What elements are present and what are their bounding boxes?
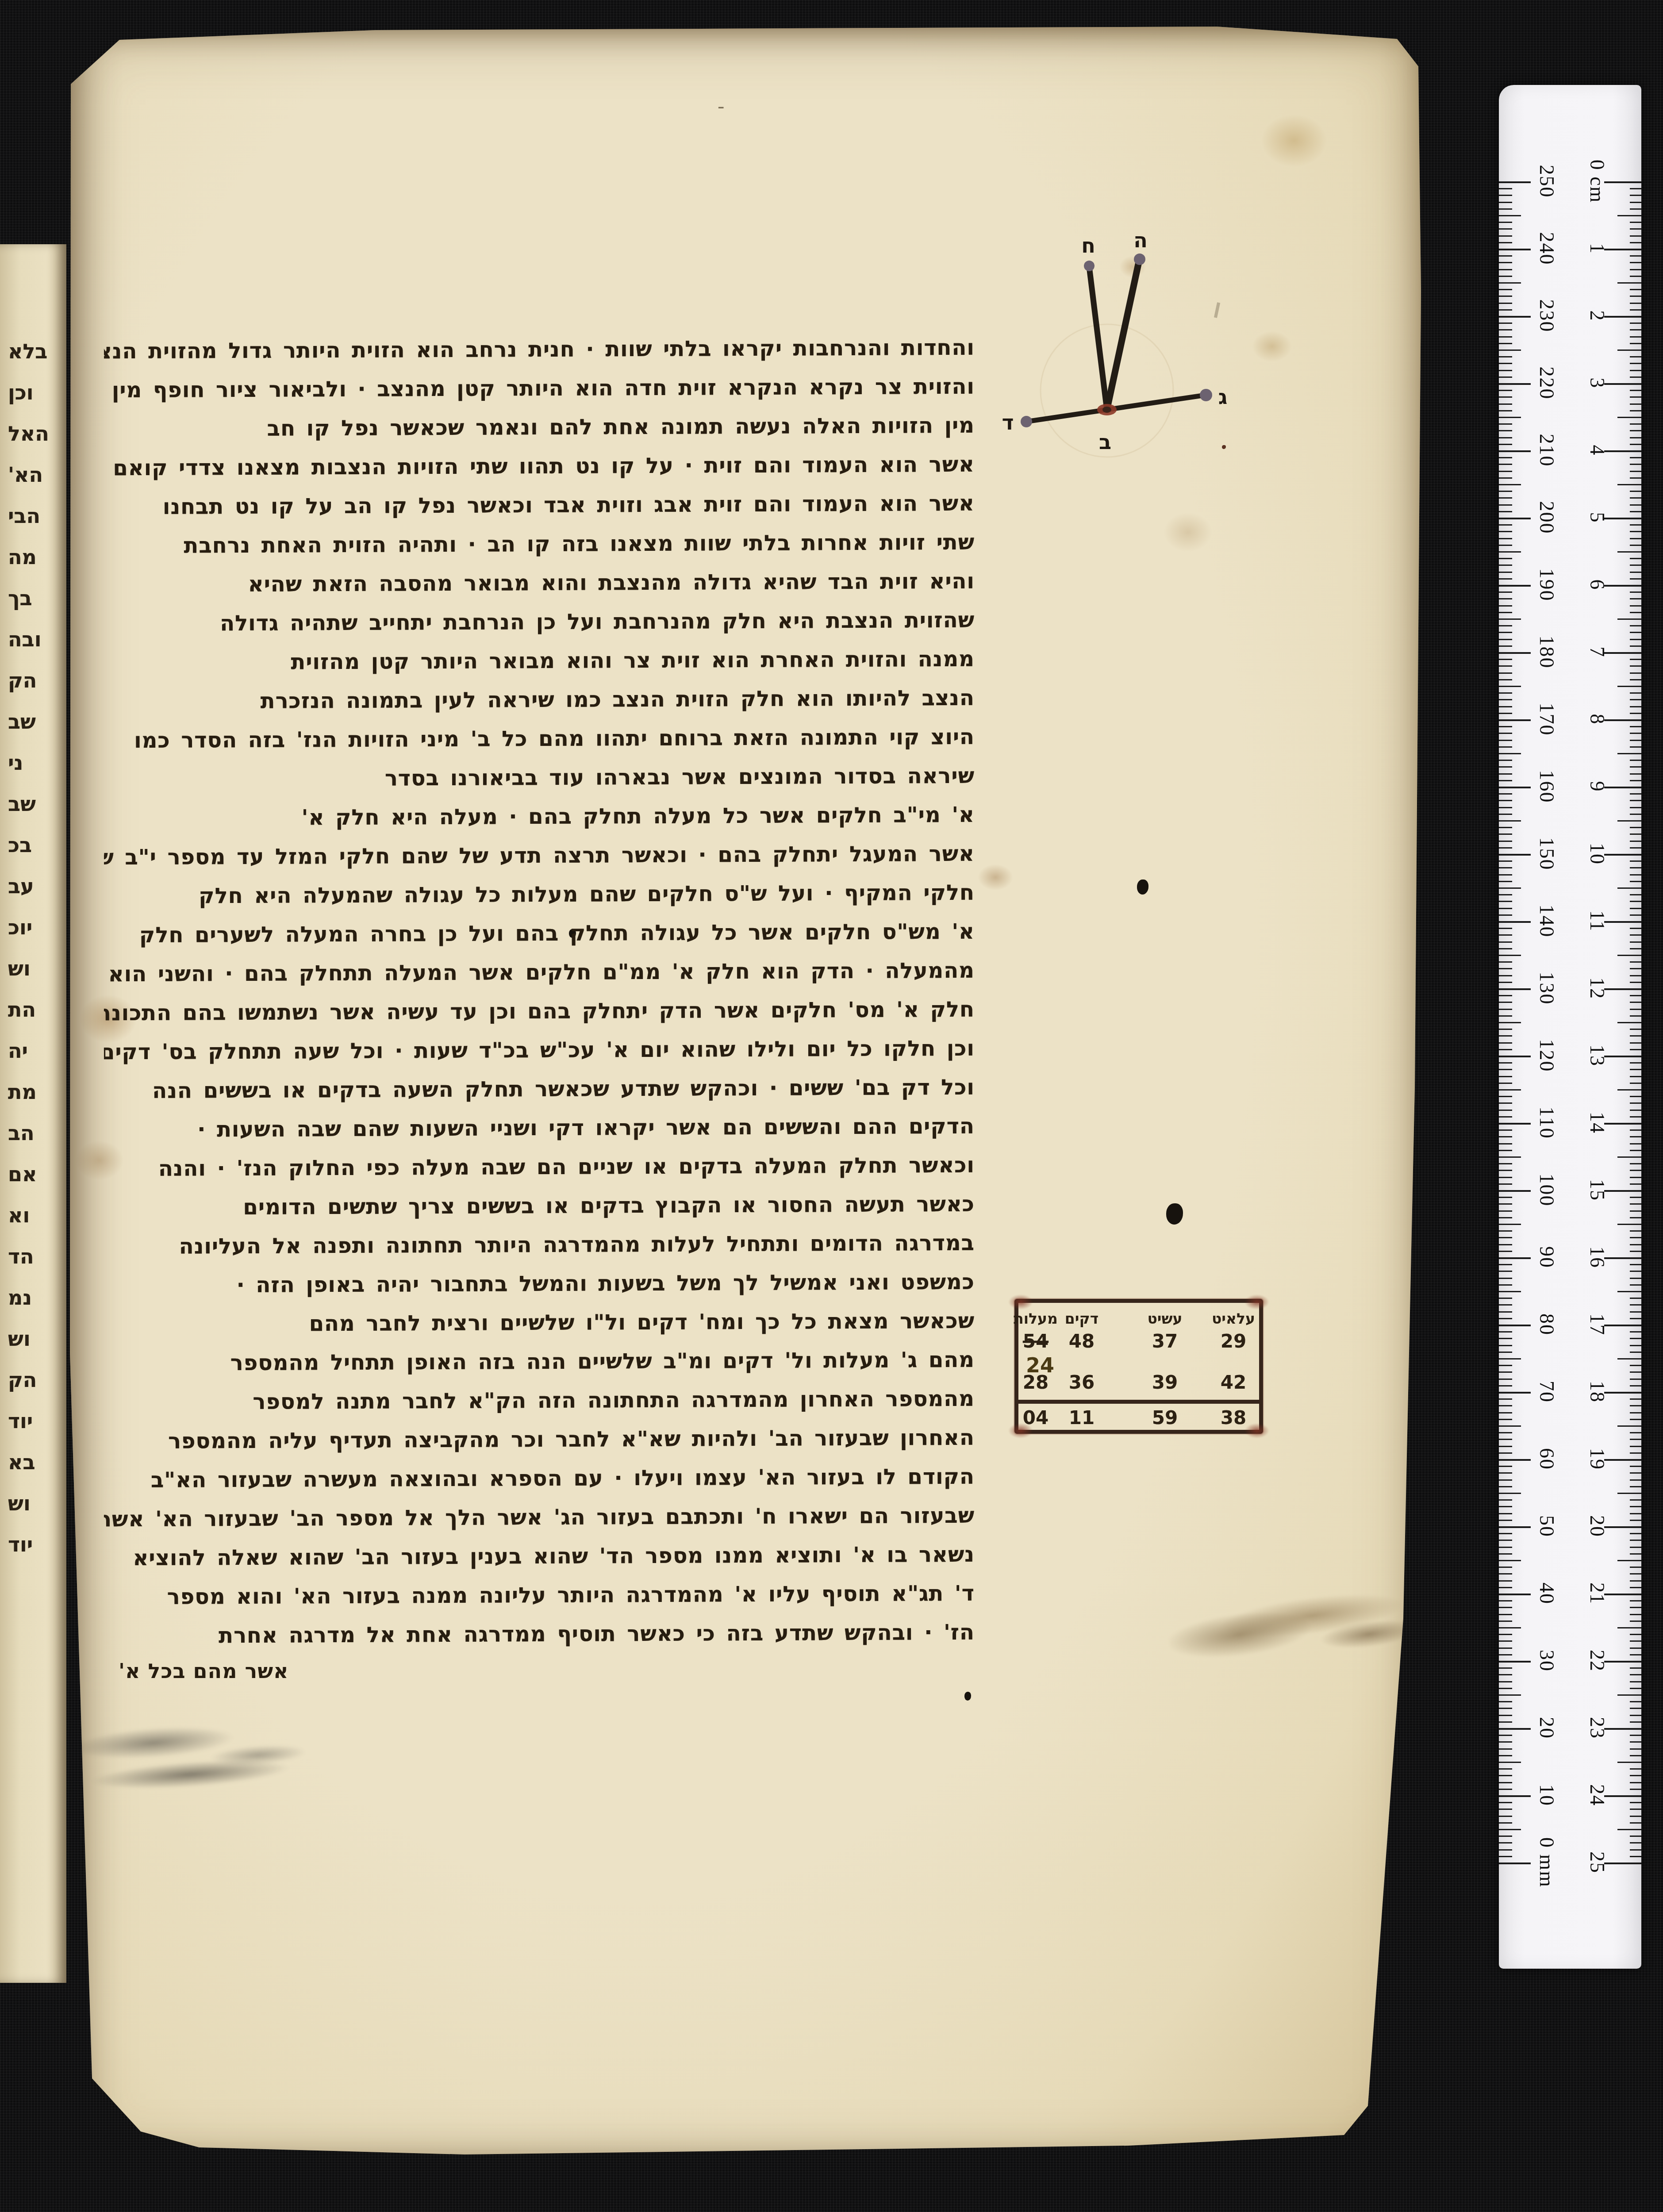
ruler-tick-cm (1630, 296, 1641, 297)
ruler-tick-mm (1499, 713, 1512, 714)
table-cell: 38 (1221, 1407, 1246, 1429)
ruler-tick-mm (1499, 632, 1512, 633)
ruler-tick-cm (1630, 1614, 1641, 1615)
ruler-tick-mm (1499, 928, 1512, 929)
ruler-tick-cm (1617, 349, 1641, 351)
ruler-tick-cm (1630, 1513, 1641, 1514)
text-line: אשר הוא העמוד והם זוית אבג וזוית אבד וכא… (104, 490, 975, 525)
measuring-ruler: 2502402302202102001901801701601501401301… (1499, 85, 1641, 1969)
ruler-tick-cm (1617, 1291, 1641, 1292)
ruler-cm-label: 23 (1586, 1717, 1609, 1739)
ruler-mm-label: 90 (1535, 1246, 1559, 1268)
ruler-tick-cm (1630, 1298, 1641, 1299)
ruler-tick-cm (1630, 1102, 1641, 1104)
ruler-tick-cm (1630, 1499, 1641, 1501)
ruler-tick-mm (1499, 437, 1512, 438)
ruler-tick-mm (1499, 484, 1521, 485)
ruler-tick-mm (1499, 908, 1512, 909)
ruler-cm-label: 0 cm (1586, 160, 1609, 204)
ruler-tick-cm (1630, 1634, 1641, 1635)
ruler-mm-label: 240 (1535, 232, 1559, 265)
ruler-cm-label: 2 (1586, 311, 1609, 322)
ruler-tick-cm (1630, 1640, 1641, 1642)
table-cell: מעלות (1014, 1310, 1058, 1327)
ruler-tick-mm (1499, 208, 1512, 210)
ruler-tick-cm (1630, 1782, 1641, 1783)
ruler-mm-label: 150 (1535, 837, 1559, 871)
ruler-tick-cm (1617, 1425, 1641, 1427)
ruler-tick-mm (1499, 1405, 1512, 1406)
ruler-tick-mm (1499, 1634, 1512, 1635)
ruler-tick-cm (1617, 1156, 1641, 1158)
ruler-tick-cm (1630, 1735, 1641, 1736)
ruler-tick-cm (1630, 1076, 1641, 1077)
ruler-tick-cm (1630, 269, 1641, 270)
ruler-tick-cm (1630, 1708, 1641, 1709)
ruler-tick-mm (1499, 410, 1512, 411)
ruler-tick-cm (1617, 1560, 1641, 1561)
facing-page-fragment: הד (8, 1244, 64, 1268)
ruler-tick-cm (1630, 262, 1641, 263)
ruler-tick-mm (1499, 1197, 1512, 1198)
ruler-tick-cm (1630, 908, 1641, 909)
ruler-tick-mm (1499, 390, 1512, 391)
ruler-tick-cm (1630, 1096, 1641, 1097)
ruler-tick-mm (1499, 1412, 1512, 1413)
facing-page-fragment: וש (8, 956, 64, 980)
ruler-mm-label: 100 (1535, 1174, 1559, 1207)
ruler-tick-mm (1499, 323, 1512, 324)
facing-page-fragment: האל (8, 422, 64, 445)
ruler-tick-cm (1630, 1338, 1641, 1339)
ruler-tick-cm (1630, 565, 1641, 566)
ruler-mm-label: 170 (1535, 703, 1559, 736)
ruler-tick-cm (1630, 343, 1641, 344)
ruler-tick-cm (1604, 787, 1641, 788)
ruler-tick-mm (1499, 1856, 1512, 1857)
ruler-cm-label: 13 (1586, 1045, 1609, 1067)
ruler-tick-mm (1499, 1762, 1521, 1763)
ruler-tick-mm (1499, 1049, 1512, 1050)
ruler-tick-cm (1630, 1849, 1641, 1851)
ruler-tick-cm (1630, 1143, 1641, 1144)
ruler-tick-cm (1630, 1836, 1641, 1837)
ruler-tick-cm (1630, 1600, 1641, 1601)
ruler-tick-cm (1630, 1520, 1641, 1521)
ruler-tick-cm (1630, 1284, 1641, 1286)
ruler-tick-mm (1499, 1123, 1531, 1125)
ruler-tick-mm (1499, 403, 1512, 405)
ruler-tick-mm (1499, 1042, 1512, 1044)
ruler-tick-mm (1499, 531, 1512, 532)
ruler-tick-mm (1499, 1547, 1512, 1548)
ruler-tick-mm (1499, 1748, 1512, 1750)
ruler-tick-mm (1499, 572, 1512, 573)
diagram-label-top-right: ה (1133, 228, 1148, 252)
ruler-tick-mm (1499, 854, 1531, 856)
ruler-tick-mm (1499, 1667, 1512, 1669)
corner-blot (1244, 1294, 1269, 1310)
ruler-tick-cm (1630, 1479, 1641, 1481)
ruler-tick-cm (1630, 1029, 1641, 1030)
ruler-tick-cm (1604, 1863, 1641, 1864)
ruler-mm-label: 160 (1535, 770, 1559, 803)
ruler-tick-mm (1499, 195, 1512, 196)
ruler-tick-mm (1499, 545, 1512, 546)
photograph-stage: בלאוכןהאלהא'הבימהבךובההקשבנישבבכעביוכושה… (0, 0, 1663, 2212)
ruler-tick-cm (1630, 1251, 1641, 1252)
ruler-tick-mm (1499, 1809, 1512, 1810)
ruler-tick-mm (1499, 1472, 1512, 1474)
ruler-tick-cm (1630, 464, 1641, 465)
ruler-tick-mm (1499, 1694, 1521, 1696)
facing-page-edge: בלאוכןהאלהא'הבימהבךובההקשבנישבבכעביוכושה… (0, 244, 66, 1983)
ruler-tick-mm (1499, 1553, 1512, 1555)
ruler-tick-mm (1499, 471, 1512, 472)
ruler-tick-mm (1499, 914, 1512, 916)
ruler-tick-mm (1499, 1244, 1512, 1245)
ruler-tick-mm (1499, 1802, 1512, 1803)
ruler-tick-cm (1617, 618, 1641, 620)
ruler-tick-mm (1499, 1795, 1531, 1797)
ruler-tick-cm (1630, 491, 1641, 492)
ruler-tick-mm (1499, 988, 1531, 990)
ruler-tick-mm (1499, 1190, 1531, 1192)
ruler-tick-cm (1630, 1405, 1641, 1406)
ruler-tick-mm (1499, 1224, 1521, 1225)
ruler-tick-cm (1630, 1244, 1641, 1245)
ruler-tick-mm (1499, 1143, 1512, 1144)
ruler-mm-label: 30 (1535, 1650, 1559, 1672)
ruler-tick-mm (1499, 934, 1512, 936)
ruler-tick-mm (1499, 881, 1512, 882)
ruler-tick-mm (1499, 262, 1512, 263)
ruler-tick-mm (1499, 773, 1512, 775)
ruler-tick-cm (1630, 1439, 1641, 1440)
ruler-cm-label: 5 (1586, 512, 1609, 523)
ruler-tick-cm (1604, 316, 1641, 318)
ruler-tick-cm (1630, 1311, 1641, 1313)
ruler-tick-cm (1630, 1654, 1641, 1655)
facing-page-fragment: שב (8, 710, 64, 733)
ruler-tick-mm (1499, 289, 1512, 290)
ruler-tick-cm (1630, 1345, 1641, 1346)
ruler-tick-cm (1630, 1667, 1641, 1669)
ruler-tick-mm (1499, 726, 1512, 727)
ruler-cm-label: 9 (1586, 781, 1609, 792)
ruler-tick-mm (1499, 1486, 1512, 1487)
ruler-tick-mm (1499, 249, 1531, 250)
ruler-tick-mm (1499, 1446, 1512, 1447)
text-line: והיא זוית הבד שהיא גדולה מהנצבת והוא מבו… (104, 568, 975, 603)
ruler-tick-mm (1499, 1311, 1512, 1313)
ruler-tick-cm (1630, 645, 1641, 647)
ruler-tick-mm (1499, 450, 1531, 452)
ruler-tick-mm (1499, 1203, 1512, 1205)
diagram-dot (1134, 253, 1145, 265)
ruler-tick-cm (1630, 833, 1641, 835)
ruler-tick-mm (1499, 316, 1531, 318)
diagram-left-arm (1089, 267, 1107, 410)
ruler-tick-cm (1630, 847, 1641, 849)
text-line: הקודם לו בעזור הא' עצמו ויעלו · עם הספרא… (104, 1463, 975, 1498)
ruler-cm-label: 18 (1586, 1381, 1609, 1403)
facing-page-fragment: יוד (8, 1532, 64, 1556)
ruler-tick-cm (1630, 1466, 1641, 1467)
facing-page-fragment: בכ (8, 833, 64, 857)
ruler-tick-cm (1604, 854, 1641, 856)
ruler-tick-mm (1499, 242, 1512, 243)
ruler-tick-cm (1630, 410, 1641, 411)
ruler-tick-cm (1630, 1741, 1641, 1743)
ruler-tick-cm (1630, 1062, 1641, 1064)
ruler-tick-mm (1499, 1116, 1512, 1118)
ruler-tick-cm (1630, 1809, 1641, 1810)
ruler-tick-cm (1630, 841, 1641, 842)
facing-page-fragment: וש (8, 1491, 64, 1515)
ruler-tick-cm (1630, 222, 1641, 223)
ruler-tick-mm (1499, 1506, 1512, 1507)
ruler-tick-cm (1630, 605, 1641, 607)
ruler-tick-mm (1499, 887, 1521, 889)
ruler-tick-cm (1630, 679, 1641, 680)
ruler-tick-mm (1499, 349, 1521, 351)
ruler-tick-mm (1499, 1587, 1512, 1588)
text-line: וכן חלקו כל יום ולילו שהוא יום א' עכ"ש ב… (104, 1035, 975, 1070)
ruler-tick-mm (1499, 746, 1512, 748)
ruler-tick-mm (1499, 827, 1512, 828)
facing-page-fragment: עב (8, 874, 64, 898)
ruler-tick-cm (1630, 1398, 1641, 1400)
ruler-tick-mm (1499, 1580, 1512, 1582)
ruler-tick-cm (1630, 1183, 1641, 1185)
ruler-tick-mm (1499, 524, 1512, 526)
ruler-tick-mm (1499, 679, 1512, 680)
ruler-tick-mm (1499, 807, 1512, 808)
ruler-tick-cm (1630, 706, 1641, 707)
ruler-tick-mm (1499, 1096, 1512, 1097)
diagram-dot (1084, 261, 1095, 271)
ruler-tick-cm (1630, 1237, 1641, 1238)
diagram-right-arm (1107, 260, 1139, 410)
ruler-tick-cm (1630, 1197, 1641, 1198)
text-line: הדקים ההם והששים הם אשר יקראו דקי ושניי … (104, 1113, 975, 1148)
table-cell: 59 (1152, 1407, 1178, 1429)
ruler-tick-cm (1630, 659, 1641, 660)
ruler-tick-mm (1499, 464, 1512, 465)
ruler-tick-cm (1630, 1230, 1641, 1232)
ruler-tick-cm (1630, 531, 1641, 532)
ruler-tick-cm (1630, 323, 1641, 324)
ruler-tick-mm (1499, 1425, 1521, 1427)
ruler-tick-mm (1499, 1325, 1531, 1326)
ruler-tick-cm (1630, 860, 1641, 862)
ruler-tick-cm (1630, 934, 1641, 936)
ruler-tick-cm (1630, 202, 1641, 203)
ruler-tick-mm (1499, 235, 1512, 237)
table-cell: 28 (1023, 1371, 1048, 1393)
ruler-tick-mm (1499, 511, 1512, 512)
ruler-tick-mm (1499, 1278, 1512, 1279)
ruler-mm-label: 0 mm (1535, 1837, 1559, 1888)
ruler-tick-cm (1617, 417, 1641, 418)
ruler-tick-mm (1499, 719, 1531, 721)
ruler-tick-mm (1499, 1661, 1531, 1663)
ruler-tick-mm (1499, 901, 1512, 902)
ruler-tick-cm (1630, 1621, 1641, 1622)
ruler-cm-label: 22 (1586, 1650, 1609, 1672)
ruler-tick-mm (1499, 1493, 1521, 1494)
text-line: האחרון שבעזור הב' ולהיות שא"א לחבר וכר מ… (104, 1424, 975, 1459)
ruler-tick-cm (1630, 780, 1641, 781)
ruler-tick-mm (1499, 605, 1512, 607)
ruler-tick-cm (1617, 1089, 1641, 1091)
ruler-tick-mm (1499, 1392, 1531, 1394)
diagram-label-top-left: ח (1081, 234, 1095, 257)
ruler-cm-label: 10 (1586, 843, 1609, 865)
ruler-tick-cm (1630, 1278, 1641, 1279)
ruler-tick-cm (1630, 1748, 1641, 1750)
ruler-tick-mm (1499, 444, 1512, 445)
ruler-tick-mm (1499, 659, 1512, 660)
ruler-tick-cm (1630, 995, 1641, 996)
ruler-tick-mm (1499, 1526, 1531, 1528)
ruler-tick-cm (1630, 303, 1641, 304)
ruler-cm-label: 15 (1586, 1179, 1609, 1201)
ruler-tick-cm (1630, 1069, 1641, 1070)
facing-page-fragment: הב (8, 1121, 64, 1145)
text-line: שכאשר מצאת כל כך ומח' דקים ול"ו שלשיים ו… (104, 1307, 975, 1342)
ruler-mm-label: 180 (1535, 636, 1559, 669)
ruler-mm-label: 70 (1535, 1381, 1559, 1403)
ruler-tick-mm (1499, 1304, 1512, 1306)
ruler-tick-cm (1630, 867, 1641, 868)
ruler-tick-cm (1630, 336, 1641, 338)
ruler-tick-cm (1630, 1452, 1641, 1454)
ruler-tick-cm (1630, 1553, 1641, 1555)
ruler-tick-mm (1499, 1640, 1512, 1642)
ruler-tick-mm (1499, 181, 1531, 183)
ruler-tick-cm (1630, 444, 1641, 445)
ruler-tick-cm (1630, 1210, 1641, 1212)
ruler-tick-cm (1630, 901, 1641, 902)
ruler-tick-cm (1630, 1432, 1641, 1433)
ruler-mm-label: 20 (1535, 1717, 1559, 1739)
table-cell: דקים (1065, 1310, 1098, 1327)
ruler-tick-cm (1617, 215, 1641, 216)
ruler-tick-mm (1499, 1627, 1521, 1628)
ruler-tick-cm (1630, 1217, 1641, 1218)
ruler-tick-mm (1499, 1009, 1512, 1010)
ruler-tick-cm (1630, 1365, 1641, 1366)
ruler-mm-label: 190 (1535, 568, 1559, 602)
ruler-cm-label: 20 (1586, 1515, 1609, 1537)
ruler-tick-cm (1604, 585, 1641, 587)
ruler-tick-cm (1630, 699, 1641, 700)
ruler-tick-cm (1630, 773, 1641, 775)
ruler-tick-mm (1499, 800, 1512, 801)
ruler-tick-cm (1630, 545, 1641, 546)
diagram-label-baseline-left: ד (1002, 411, 1014, 434)
ruler-tick-mm (1499, 1674, 1512, 1675)
ruler-tick-cm (1604, 383, 1641, 385)
facing-page-fragment: אם (8, 1162, 64, 1186)
facing-page-fragment: וש (8, 1327, 64, 1351)
ruler-tick-cm (1630, 1271, 1641, 1272)
ruler-tick-cm (1617, 1022, 1641, 1023)
ruler-tick-cm (1630, 591, 1641, 593)
ruler-tick-cm (1630, 208, 1641, 210)
ruler-tick-cm (1630, 390, 1641, 391)
ruler-tick-mm (1499, 968, 1512, 969)
ruler-tick-mm (1499, 1842, 1512, 1843)
ruler-mm-label: 130 (1535, 972, 1559, 1005)
ruler-tick-mm (1499, 1015, 1512, 1017)
text-line: מין הזויות האלה נעשה תמונה אחת להם ונאמר… (104, 412, 975, 447)
table-cell: 04 (1023, 1407, 1048, 1429)
ruler-tick-mm (1499, 396, 1512, 398)
table-cell: עשיט (1147, 1310, 1182, 1327)
ruler-tick-cm (1630, 195, 1641, 196)
ruler-tick-mm (1499, 1271, 1512, 1272)
ruler-tick-mm (1499, 1230, 1512, 1232)
ruler-tick-cm (1630, 1163, 1641, 1164)
ruler-tick-mm (1499, 356, 1512, 357)
ruler-tick-mm (1499, 565, 1512, 566)
ruler-tick-mm (1499, 343, 1512, 344)
ruler-tick-mm (1499, 1136, 1512, 1137)
ruler-tick-cm (1630, 639, 1641, 640)
ruler-tick-mm (1499, 202, 1512, 203)
ruler-tick-cm (1630, 968, 1641, 969)
ruler-mm-label: 140 (1535, 905, 1559, 938)
ruler-tick-mm (1499, 833, 1512, 835)
ruler-tick-mm (1499, 1217, 1512, 1218)
ruler-mm-label: 110 (1535, 1106, 1559, 1139)
ruler-tick-mm (1499, 941, 1512, 943)
ruler-tick-mm (1499, 948, 1512, 949)
ruler-tick-cm (1630, 497, 1641, 499)
ruler-tick-cm (1630, 1116, 1641, 1118)
ruler-tick-cm (1630, 403, 1641, 405)
ruler-tick-cm (1630, 1755, 1641, 1756)
ruler-tick-cm (1630, 1304, 1641, 1306)
ruler-tick-mm (1499, 1829, 1521, 1830)
ruler-tick-mm (1499, 652, 1531, 654)
ruler-tick-cm (1630, 982, 1641, 983)
diagram-label-baseline-right: ג (1218, 385, 1228, 409)
ruler-tick-mm (1499, 457, 1512, 458)
ruler-tick-mm (1499, 1371, 1512, 1373)
ruler-tick-cm (1630, 948, 1641, 949)
ruler-mm-label: 230 (1535, 300, 1559, 333)
ruler-tick-cm (1630, 1506, 1641, 1507)
ruler-tick-cm (1617, 1358, 1641, 1359)
ruler-tick-cm (1630, 1129, 1641, 1131)
facing-page-fragment: בך (8, 586, 64, 610)
ruler-tick-mm (1499, 477, 1512, 479)
ruler-tick-cm (1604, 921, 1641, 923)
facing-page-fragment: ני (8, 751, 64, 775)
ruler-tick-cm (1630, 1822, 1641, 1824)
ruler-tick-cm (1630, 1567, 1641, 1568)
ruler-tick-cm (1604, 1795, 1641, 1797)
ruler-tick-cm (1630, 914, 1641, 916)
ruler-tick-cm (1630, 1177, 1641, 1178)
ruler-mm-label: 250 (1535, 165, 1559, 198)
ruler-tick-cm (1630, 235, 1641, 237)
ruler-tick-mm (1499, 1076, 1512, 1077)
